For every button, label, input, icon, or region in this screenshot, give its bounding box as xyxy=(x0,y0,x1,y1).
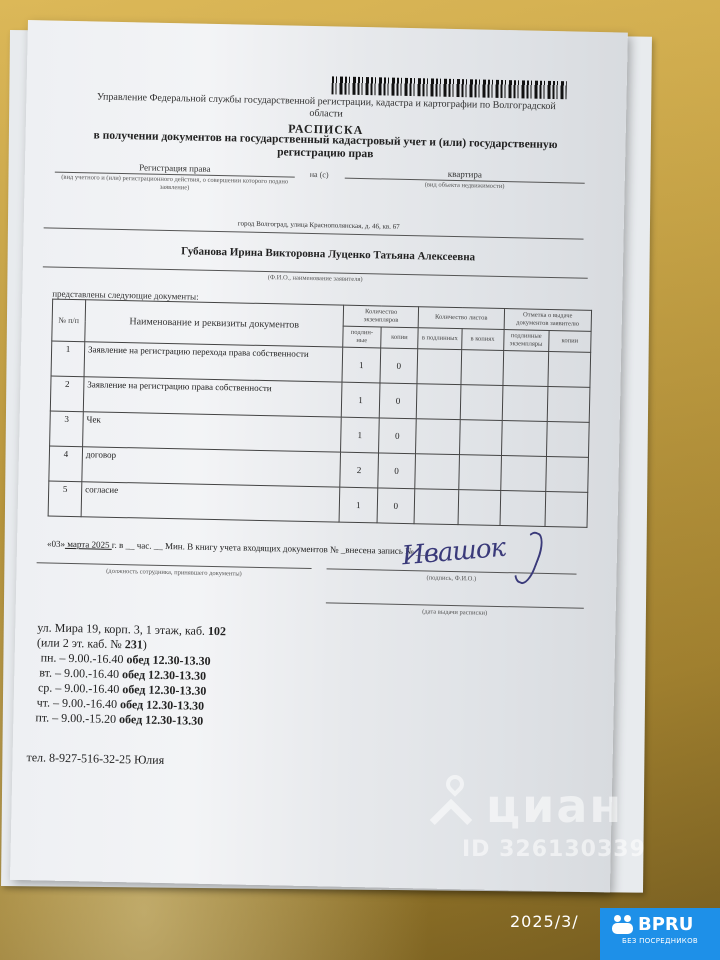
row-issued-original xyxy=(500,456,546,492)
applicants-names: Губанова Ирина Викторовна Луценко Татьян… xyxy=(63,243,593,266)
header-copies: копии xyxy=(380,327,418,349)
row-copies: 0 xyxy=(377,453,415,489)
receipt-document: Управление Федеральной службы государств… xyxy=(10,20,628,892)
row-issued-copies xyxy=(547,386,590,422)
row-num: 4 xyxy=(49,446,83,482)
address-value: город Волгоград, улица Краснополянская, … xyxy=(54,216,584,235)
handwritten-signature: Ивашок xyxy=(401,533,506,572)
row-in-copies xyxy=(461,350,504,386)
header-in-copies: в копиях xyxy=(461,329,504,351)
row-issued-original xyxy=(503,351,549,387)
row-originals: 1 xyxy=(342,347,380,383)
hours-row: пт. – 9.00.-15.20 обед 12.30-13.30 xyxy=(35,710,224,729)
receipt-text: г. в __ час. __ Мин. В книгу учета входя… xyxy=(112,540,425,557)
row-name: Заявление на регистрацию права собственн… xyxy=(83,377,342,417)
header-issued-copies: копии xyxy=(549,330,592,352)
issue-date-caption: (дата выдачи расписки) xyxy=(326,606,584,618)
row-issued-original xyxy=(502,386,548,422)
barcode xyxy=(332,76,567,99)
row-copies: 0 xyxy=(380,348,418,384)
office-info: ул. Мира 19, корп. 3, 1 этаж, каб. 102 (… xyxy=(35,620,226,729)
row-originals: 1 xyxy=(341,382,379,418)
header-issued-original: подлинные экземпляры xyxy=(503,330,549,352)
row-in-originals xyxy=(415,454,459,490)
row-in-originals xyxy=(417,349,461,385)
row-issued-copies xyxy=(548,351,591,387)
row-issued-original xyxy=(500,490,546,526)
header-copies-group: Количество экземпляров xyxy=(343,305,418,328)
row-issued-original xyxy=(501,421,547,457)
row-name: договор xyxy=(82,447,341,487)
row-issued-copies xyxy=(545,491,588,527)
row-in-copies xyxy=(460,385,503,421)
office-room: 102 xyxy=(208,624,226,638)
people-icon xyxy=(612,915,634,935)
header-originals: подлин-ные xyxy=(343,326,381,348)
row-issued-copies xyxy=(546,456,589,492)
row-in-originals xyxy=(416,419,460,455)
row-in-copies xyxy=(459,420,502,456)
row-copies: 0 xyxy=(379,383,417,419)
receipt-date-line: «03» марта 2025 г. в __ час. __ Мин. В к… xyxy=(47,539,425,557)
badge-tagline: БЕЗ ПОСРЕДНИКОВ xyxy=(600,937,720,945)
row-originals: 1 xyxy=(339,487,377,523)
row-originals: 2 xyxy=(340,452,378,488)
row-copies: 0 xyxy=(377,488,415,524)
header-in-originals: в подлинных xyxy=(418,328,462,350)
row-num: 1 xyxy=(51,341,85,377)
row-copies: 0 xyxy=(378,418,416,454)
row-num: 3 xyxy=(50,411,84,447)
contact-phone: тел. 8-927-516-32-25 Юлия xyxy=(26,750,164,768)
header-issued-group: Отметка о выдаче документов заявителю xyxy=(504,309,592,332)
row-in-originals xyxy=(414,489,458,525)
row-num: 2 xyxy=(50,376,84,412)
on-label: на (с) xyxy=(310,170,329,179)
row-name: Заявление на регистрацию перехода права … xyxy=(84,342,343,382)
receipt-day: «03» xyxy=(47,539,65,549)
row-in-copies xyxy=(458,490,501,526)
badge-name: BPRU xyxy=(638,914,693,935)
row-issued-copies xyxy=(546,421,589,457)
row-num: 5 xyxy=(48,481,82,517)
header-sheets-group: Количество листов xyxy=(418,307,504,330)
receipt-month-year: марта 2025 xyxy=(65,539,112,550)
documents-table: № п/п Наименование и реквизиты документо… xyxy=(48,299,592,528)
header-num: № п/п xyxy=(52,299,86,342)
photo-timestamp: 2025/3/ xyxy=(510,912,579,931)
row-name: согласие xyxy=(81,482,340,522)
signature-caption: (подпись, Ф.И.О.) xyxy=(326,572,576,584)
row-in-copies xyxy=(458,455,501,491)
row-in-originals xyxy=(416,384,460,420)
bpru-badge[interactable]: BPRU БЕЗ ПОСРЕДНИКОВ xyxy=(600,908,720,960)
row-name: Чек xyxy=(83,412,342,452)
row-originals: 1 xyxy=(341,417,379,453)
header-name: Наименование и реквизиты документов xyxy=(85,300,344,347)
